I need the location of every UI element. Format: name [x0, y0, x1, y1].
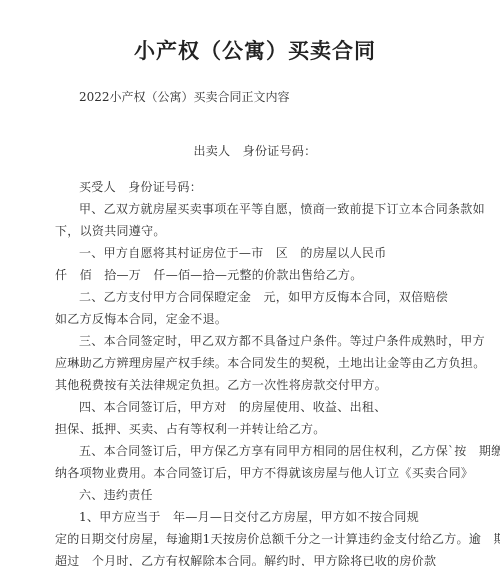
clause-heading: 六、违约责任 — [55, 484, 455, 506]
contract-line: 超过 个月时，乙方有权解除本合同。解约时，甲方除将已收的房价款 — [55, 550, 455, 566]
contract-line: 三、本合同签定时，甲乙双方都不具备过户条件。等过户条件成熟时，甲方 — [55, 330, 455, 352]
contract-body: 出卖人 身份证号码： 买受人 身份证号码： 甲、乙双方就房屋买卖事项在平等自愿，… — [55, 140, 455, 566]
contract-line: 如乙方反悔本合同，定金不退。 — [55, 308, 455, 330]
contract-document: 小产权（公寓）买卖合同 2022小产权（公寓）买卖合同正文内容 出卖人 身份证号… — [0, 0, 500, 566]
contract-line: 1、甲方应当于 年—月—日交付乙方房屋，甲方如不按合同规 — [55, 506, 455, 528]
document-page: 小产权（公寓）买卖合同 2022小产权（公寓）买卖合同正文内容 出卖人 身份证号… — [0, 0, 500, 566]
contract-line: 其他税费按有关法律规定负担。乙方一次性将房款交付甲方。 — [55, 374, 455, 396]
contract-line: 甲、乙双方就房屋买卖事项在平等自愿，愤商一致前提下订立本合同条款如 — [55, 198, 455, 220]
document-subtitle: 2022小产权（公寓）买卖合同正文内容 — [55, 86, 455, 108]
seller-id-line: 出卖人 身份证号码： — [55, 140, 455, 162]
contract-line: 定的日期交付房屋，每逾期1天按房价总额千分之一计算违约金支付给乙方。逾 期 — [55, 528, 455, 550]
contract-line: 仟 佰 拾—万 仟—佰—拾—元整的价款出售给乙方。 — [55, 264, 455, 286]
contract-line: 应琳助乙方辨理房屋产权手续。本合同发生的契税，土地出让金等由乙方负担。 — [55, 352, 455, 374]
contract-line: 四、本合同签订后，甲方对 的房屋使用、收益、出租、 — [55, 396, 455, 418]
contract-line: 下，以资共同遵守。 — [55, 220, 455, 242]
contract-line: 二、乙方支付甲方合同保瞪定金 元，如甲方反悔本合同，双倍赔偿 — [55, 286, 455, 308]
buyer-id-line: 买受人 身份证号码： — [55, 176, 455, 198]
page-title: 小产权（公寓）买卖合同 — [55, 38, 455, 64]
contract-line: 一、甲方自愿将其村证房位于—市 区 的房屋以人民币 — [55, 242, 455, 264]
contract-line: 担保、抵押、买卖、占有等权利一并转让给乙方。 — [55, 418, 455, 440]
contract-line: 五、本合同签订后，甲方保乙方享有同甲方相同的居住权利，乙方保ˋ按 期缴 — [55, 440, 455, 462]
contract-line: 纳各项物业费用。本合同签订后，甲方不得就该房屋与他人订立《买卖合同》 — [55, 462, 455, 484]
